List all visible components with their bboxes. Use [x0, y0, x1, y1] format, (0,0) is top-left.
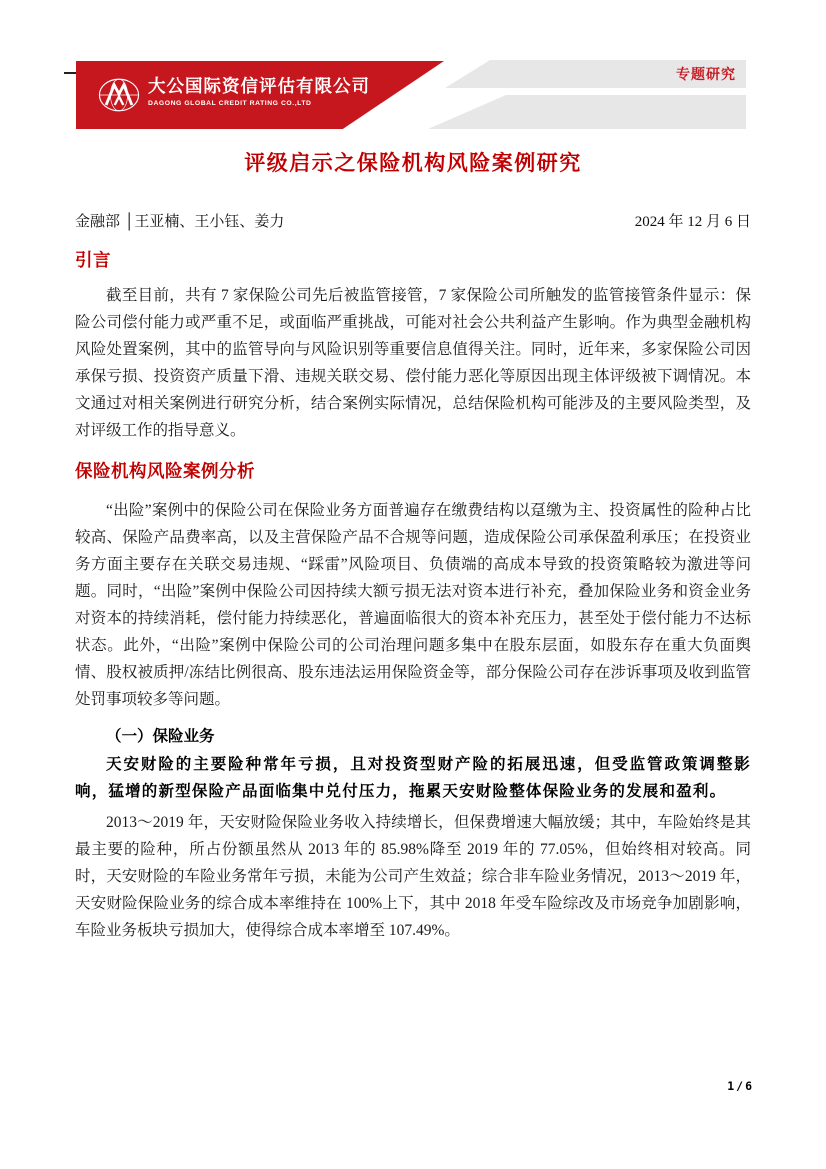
case-analysis-paragraph: “出险”案例中的保险公司在保险业务方面普遍存在缴费结构以趸缴为主、投资属性的险种… — [75, 497, 751, 713]
brand-banner: 大公国际资信评估有限公司 DAGONG GLOBAL CREDIT RATING… — [76, 61, 444, 129]
section-heading-case-analysis: 保险机构风险案例分析 — [75, 459, 751, 484]
header-stripe-bottom — [428, 95, 746, 129]
company-name-cn: 大公国际资信评估有限公司 — [148, 75, 370, 97]
byline-department-authors: 金融部 │王亚楠、王小钰、姜力 — [75, 211, 284, 233]
document-page: 大公国际资信评估有限公司 DAGONG GLOBAL CREDIT RATING… — [0, 0, 826, 1169]
brand-text: 大公国际资信评估有限公司 DAGONG GLOBAL CREDIT RATING… — [148, 75, 370, 108]
dagong-globe-logo-icon — [98, 77, 140, 113]
subsection-heading-insurance-business: （一）保险业务 — [75, 724, 751, 749]
company-name-en: DAGONG GLOBAL CREDIT RATING CO.,LTD — [148, 99, 370, 108]
insurance-business-paragraph: 2013～2019 年，天安财险保险业务收入持续增长，但保费增速大幅放缓；其中，… — [75, 809, 751, 944]
introduction-paragraph: 截至目前，共有 7 家保险公司先后被监管接管，7 家保险公司所触发的监管接管条件… — [75, 282, 751, 444]
header-stripe-top: 专题研究 — [445, 60, 746, 88]
byline-date: 2024 年 12 月 6 日 — [635, 211, 751, 233]
insurance-business-lead-bold: 天安财险的主要险种常年亏损，且对投资型财产险的拓展迅速，但受监管政策调整影响，猛… — [75, 751, 751, 805]
article-body: 评级启示之保险机构风险案例研究 金融部 │王亚楠、王小钰、姜力 2024 年 1… — [75, 150, 751, 944]
article-title: 评级启示之保险机构风险案例研究 — [75, 150, 751, 178]
section-heading-introduction: 引言 — [75, 248, 751, 273]
report-category-label: 专题研究 — [676, 60, 746, 88]
page-number: 1/6 — [727, 1079, 754, 1093]
byline: 金融部 │王亚楠、王小钰、姜力 2024 年 12 月 6 日 — [75, 211, 751, 233]
margin-dash — [64, 72, 78, 74]
